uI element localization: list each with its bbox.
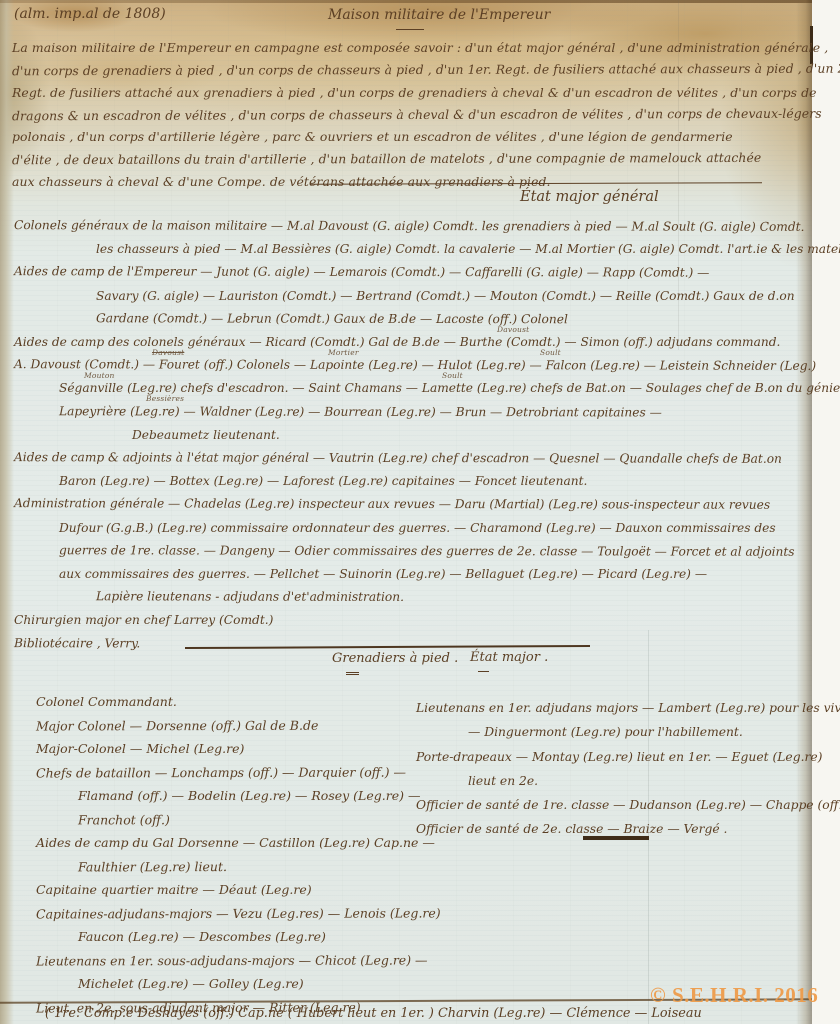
manuscript-line: Lapeyrière (Leg.re) — Waldner (Leg.re) —… bbox=[59, 400, 810, 425]
grenadiers-right-column: Lieutenans en 1er. adjudans majors — Lam… bbox=[416, 696, 808, 842]
page-top-edge bbox=[0, 0, 812, 3]
copyright-watermark: © S.E.H.R.I. 2016 bbox=[650, 983, 818, 1008]
manuscript-line: Aides de camp & adjoints à l'état major … bbox=[14, 446, 810, 471]
manuscript-line: Lieutenans en 1er. sous-adjudans-majors … bbox=[36, 948, 408, 972]
manuscript-line: d'un corps de grenadiers à pied , d'un c… bbox=[12, 58, 810, 83]
manuscript-line: polonais , d'un corps d'artillerie légèr… bbox=[12, 126, 810, 148]
manuscript-line: Baron (Leg.re) — Bottex (Leg.re) — Lafor… bbox=[59, 470, 810, 493]
manuscript-line: Flamand (off.) — Bodelin (Leg.re) — Rose… bbox=[78, 784, 408, 808]
manuscript-line: Dufour (G.g.B.) (Leg.re) commissaire ord… bbox=[59, 517, 810, 540]
manuscript-line: Aides de camp du Gal Dorsenne — Castillo… bbox=[36, 831, 408, 855]
manuscript-line: Lapière lieutenans - adjudans d'et'admin… bbox=[96, 586, 810, 611]
manuscript-line: — Dinguermont (Leg.re) pour l'habillemen… bbox=[468, 720, 808, 744]
manuscript-line: guerres de 1re. classe. — Dangeny — Odie… bbox=[59, 539, 810, 564]
grenadiers-left-column: Colonel Commandant. Major Colonel — Dors… bbox=[36, 690, 408, 1019]
interline-note: Davoust bbox=[152, 348, 184, 357]
manuscript-line: Debeaumetz lieutenant. bbox=[132, 424, 810, 447]
scanner-margin bbox=[812, 0, 840, 1024]
manuscript-line: aux commissaires des guerres. — Pellchet… bbox=[59, 563, 810, 586]
manuscript-line: A. Davoust (Comdt.) — Fouret (off.) Colo… bbox=[14, 353, 810, 378]
interline-note: Mortier bbox=[328, 348, 359, 357]
heading-underline bbox=[478, 671, 489, 672]
manuscript-line: Franchot (off.) bbox=[78, 807, 408, 831]
cutoff-company-row: ( 1re. Comp.e Deshayes (off.) Cap.ne ( H… bbox=[45, 1006, 805, 1021]
source-citation: (alm. imp.al de 1808) bbox=[14, 6, 166, 22]
manuscript-line: Colonel Commandant. bbox=[36, 690, 408, 714]
interline-note: Davoust bbox=[497, 325, 529, 334]
section-heading-etat-major: État major général bbox=[520, 189, 659, 205]
manuscript-line: Michelet (Leg.re) — Golley (Leg.re) bbox=[78, 972, 408, 996]
manuscript-line: Major-Colonel — Michel (Leg.re) bbox=[36, 737, 408, 761]
manuscript-line: Faulthier (Leg.re) lieut. bbox=[78, 854, 408, 878]
page-title: Maison militaire de l'Empereur bbox=[328, 7, 550, 23]
manuscript-line: Lieutenans en 1er. adjudans majors — Lam… bbox=[416, 696, 808, 720]
interline-note: Soult bbox=[442, 371, 463, 380]
interline-note: Soult bbox=[540, 348, 561, 357]
interline-note: Mouton bbox=[84, 371, 115, 380]
manuscript-line: La maison militaire de l'Empereur en cam… bbox=[12, 37, 810, 59]
manuscript-line: d'élite , de deux bataillons du train d'… bbox=[12, 147, 810, 172]
manuscript-line: lieut en 2e. bbox=[468, 769, 808, 793]
interline-note: Bessières bbox=[146, 394, 184, 403]
manuscript-line: Regt. de fusiliers attaché aux grenadier… bbox=[12, 82, 810, 104]
column-end-divider bbox=[583, 836, 649, 840]
manuscript-line: Porte-drapeaux — Montay (Leg.re) lieut e… bbox=[416, 745, 808, 769]
manuscript-line: Aides de camp des colonels généraux — Ri… bbox=[14, 331, 810, 354]
manuscript-line: Faucon (Leg.re) — Descombes (Leg.re) bbox=[78, 925, 408, 949]
manuscript-line: Colonels généraux de la maison militaire… bbox=[14, 214, 810, 239]
etat-major-entries: Colonels généraux de la maison militaire… bbox=[14, 215, 810, 656]
intro-paragraph: La maison militaire de l'Empereur en cam… bbox=[12, 37, 810, 193]
heading-underline bbox=[346, 672, 359, 673]
manuscript-line: Savary (G. aigle) — Lauriston (Comdt.) —… bbox=[96, 285, 810, 308]
manuscript-line: Gardane (Comdt.) — Lebrun (Comdt.) Gaux … bbox=[96, 307, 810, 332]
manuscript-line: Aides de camp de l'Empereur — Junot (G. … bbox=[14, 261, 810, 286]
manuscript-line: Officier de santé de 1re. classe — Dudan… bbox=[416, 793, 808, 817]
manuscript-line: Chefs de bataillon — Lonchamps (off.) — … bbox=[36, 760, 408, 784]
manuscript-line: Chirurgien major en chef Larrey (Comdt.) bbox=[14, 609, 810, 632]
manuscript-line: Administration générale — Chadelas (Leg.… bbox=[14, 493, 810, 518]
title-underline bbox=[396, 29, 424, 30]
manuscript-page: (alm. imp.al de 1808) Maison militaire d… bbox=[0, 0, 840, 1024]
section-heading-grenadiers: Grenadiers à pied . bbox=[332, 651, 458, 666]
manuscript-line: les chasseurs à pied — M.al Bessières (G… bbox=[96, 238, 810, 261]
manuscript-line: Capitaines-adjudans-majors — Vezu (Leg.r… bbox=[36, 901, 408, 925]
manuscript-line: Capitaine quartier maitre — Déaut (Leg.r… bbox=[36, 878, 408, 902]
section-heading-etat-major-sub: État major . bbox=[470, 650, 548, 665]
manuscript-line: dragons & un escadron de vélites , d'un … bbox=[12, 103, 810, 128]
manuscript-line: Major Colonel — Dorsenne (off.) Gal de B… bbox=[36, 713, 408, 737]
